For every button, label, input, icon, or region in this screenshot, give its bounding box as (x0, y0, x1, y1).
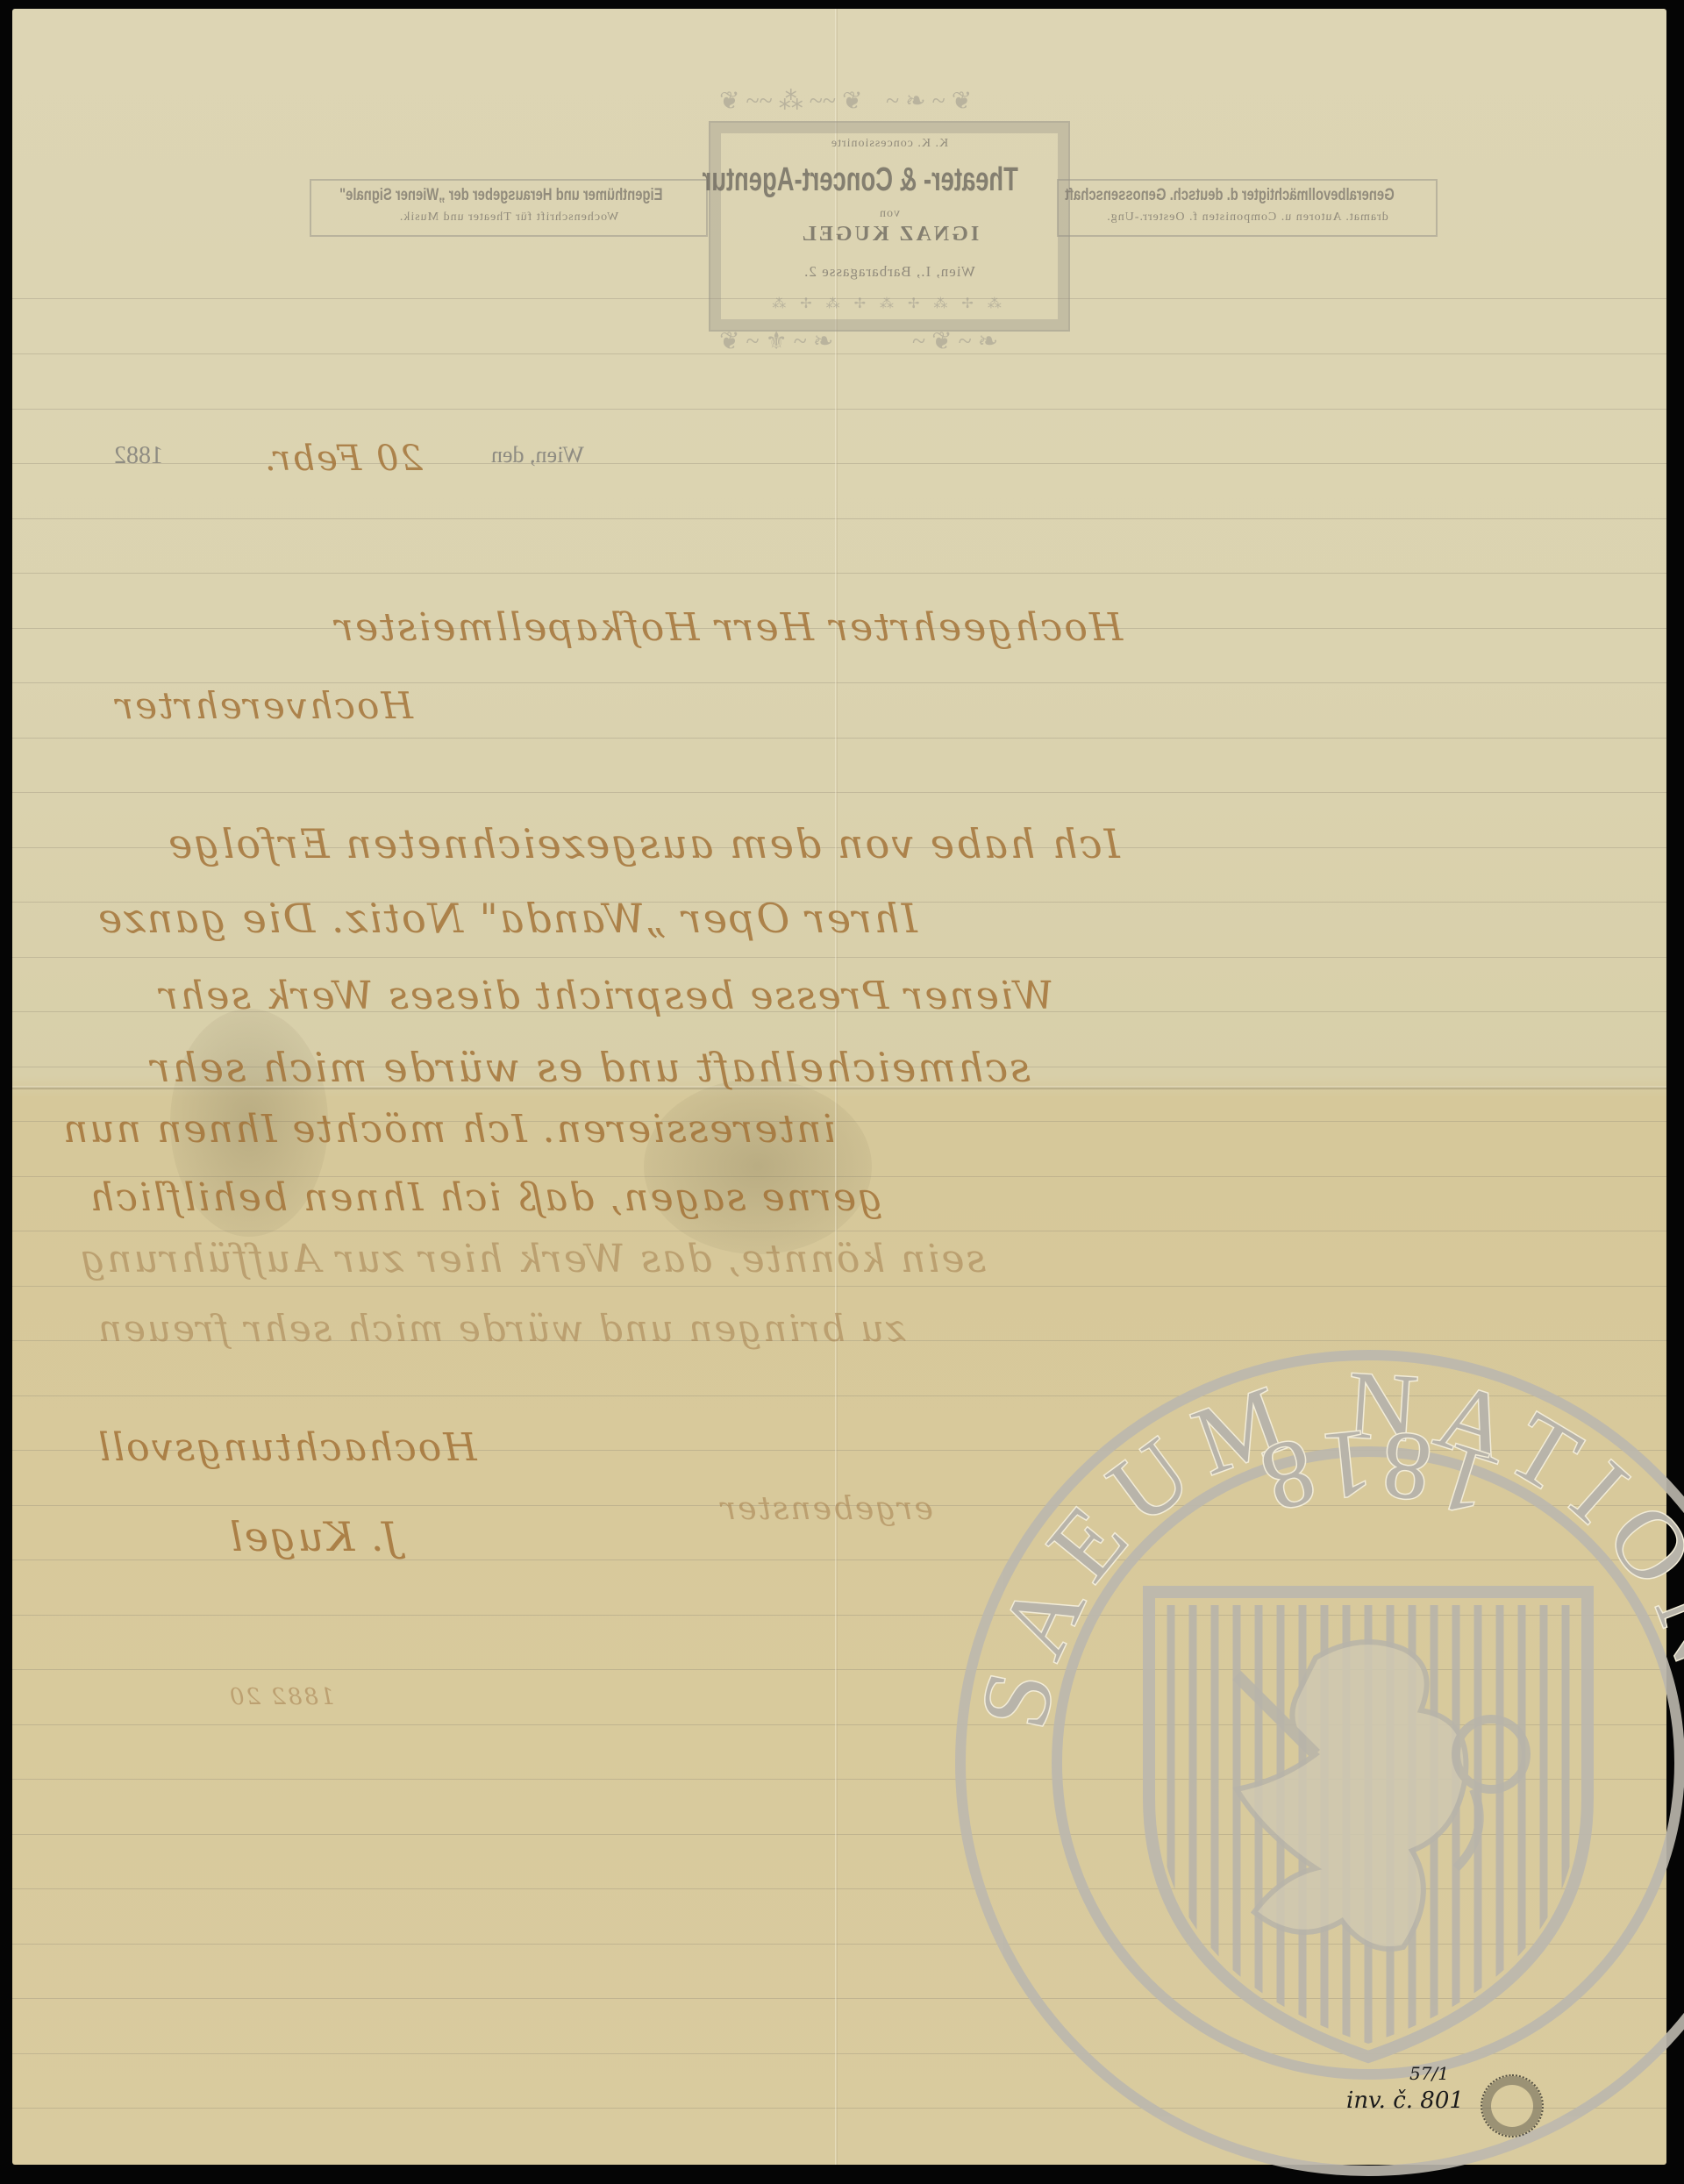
letterhead-agency-title: Theater- & Concert-Agentur (760, 161, 1018, 199)
letterhead-name: IGNAZ KUGEL (710, 223, 1068, 246)
body-line: sein könnte, das Werk hier zur Aufführun… (79, 1237, 986, 1281)
letterhead-right-line2: dramat. Autoren u. Componisten f. Oester… (1059, 211, 1436, 225)
ruled-line (12, 1286, 1666, 1287)
body-line: zu bringen und würde mich sehr freuen (96, 1307, 905, 1350)
inventory-number-top: 57/1 (1409, 2063, 1449, 2084)
letterhead-left-line2: Wochenschrift für Theater und Musik. (311, 211, 706, 225)
signature: J. Kugel (228, 1513, 398, 1560)
round-ink-stamp-icon (1481, 2074, 1544, 2138)
body-line: Ich habe von dem ausgezeichneten Erfolge (167, 820, 1120, 867)
salutation-line-1: Hochgeehrter Herr Hofkapellmeister (333, 605, 1123, 650)
ornament-icon: ⁂ ✢ ⁂ ✢ ⁂ ✢ ⁂ ✢ ⁂ (710, 295, 1068, 312)
letterhead-center-box: K. K. concessionirte Theater- & Concert-… (709, 121, 1070, 332)
date-year: 1882 (114, 442, 163, 470)
letterhead-left-line1: Eigenthümer und Herausgeber der „Wiener … (355, 186, 663, 205)
water-stain (644, 1079, 872, 1254)
ruled-line (12, 518, 1666, 519)
letterhead-right-box: Generalbevollmächtigter d. deutsch. Geno… (1057, 179, 1438, 237)
letterhead-address: Wien, I., Barbaragasse 2. (710, 263, 1068, 281)
ruled-line (12, 573, 1666, 574)
ruled-line (12, 738, 1666, 739)
letterhead-left-box: Eigenthümer und Herausgeber der „Wiener … (310, 179, 708, 237)
letterhead-right-line1: Generalbevollmächtigter d. deutsch. Geno… (1100, 186, 1394, 205)
body-line: Wiener Presse bespricht dieses Werk sehr (158, 974, 1053, 1018)
ornament-icon: ~ ❧ ~ ❦ (886, 86, 972, 116)
letterhead-center-line1: K. K. concessionirte (710, 137, 1068, 151)
ruled-line (12, 957, 1666, 958)
body-line: Ihrer Oper „Wanda" Notiz. Die ganze (96, 895, 917, 942)
body-line: interessieren. Ich möchte Ihnen nun (61, 1107, 836, 1152)
margin-note: 1882 20 (228, 1684, 335, 1710)
ornament-icon: ❦ ~~ ⁂ ~~ ❦ (719, 86, 863, 116)
closing: Hochachtungsvoll (96, 1425, 477, 1470)
salutation-line-2: Hochverehrter (114, 684, 413, 727)
ruled-line (12, 409, 1666, 410)
seal-icon: MUSAEUM NATIONALE 1818 (947, 1342, 1684, 2184)
ruled-line (12, 792, 1666, 793)
ruled-line (12, 353, 1666, 354)
inventory-number: inv. č. 801 (1346, 2088, 1464, 2114)
ruled-line (12, 463, 1666, 464)
body-line: gerne sagen, daß ich Ihnen behilflich (88, 1175, 882, 1220)
ruled-line (12, 682, 1666, 683)
body-line: schmeichelhaft und es würde mich sehr (149, 1044, 1031, 1091)
date-printed: Wien, den (491, 442, 584, 468)
letterhead-center-line3: von (710, 207, 1068, 221)
date-handwritten: 20 Febr. (263, 439, 423, 479)
closing-fragment: ergebenster (719, 1491, 933, 1527)
museum-seal: MUSAEUM NATIONALE 1818 (947, 1342, 1684, 2184)
